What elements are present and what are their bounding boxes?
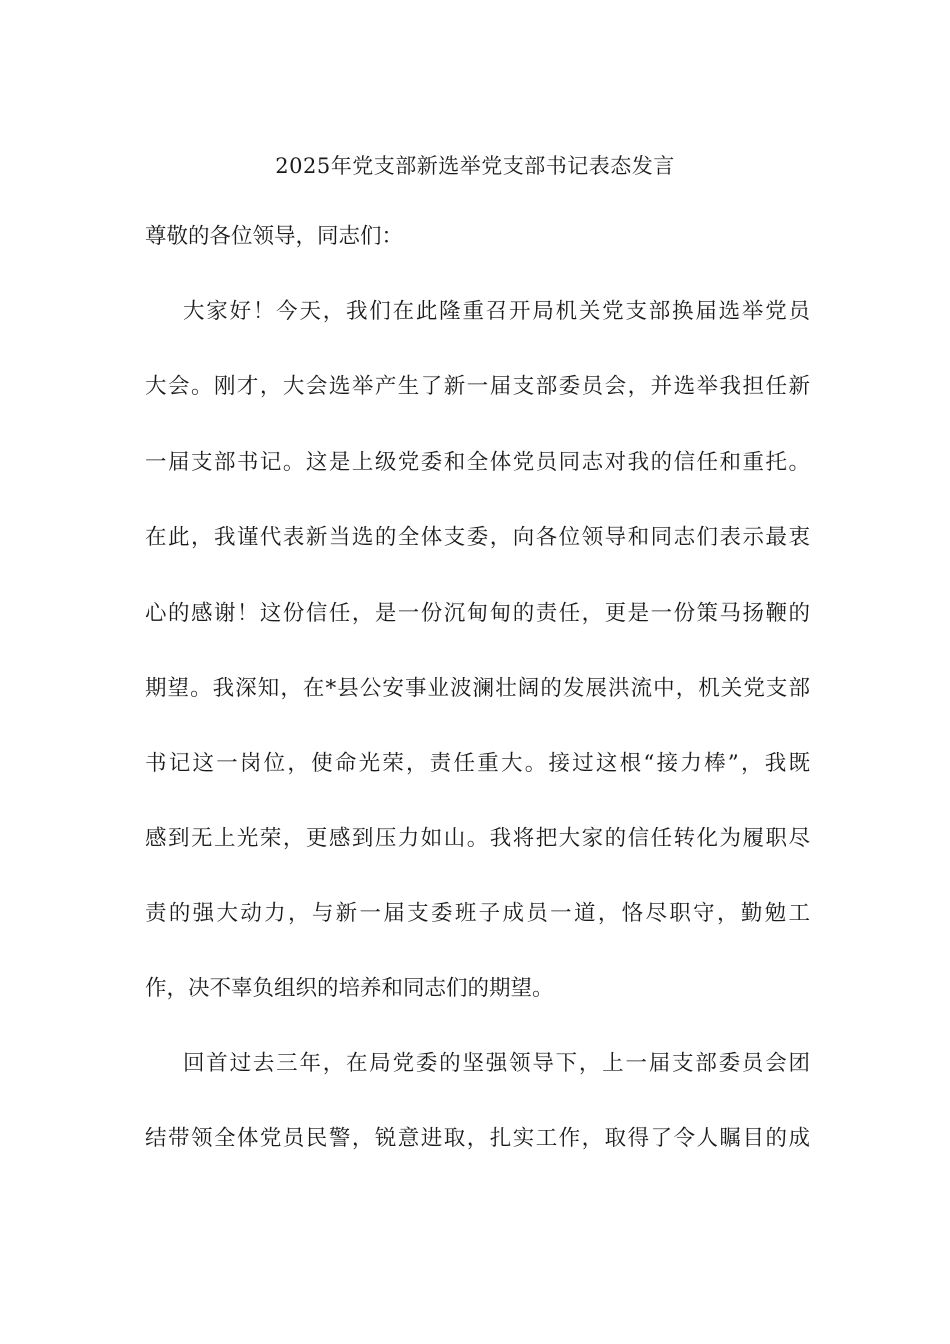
document-page: 2025年党支部新选举党支部书记表态发言 尊敬的各位领导，同志们： 大家好！今天… <box>0 0 950 1344</box>
paragraph-line: 心的感谢！这份信任，是一份沉甸甸的责任，更是一份策马扬鞭的 <box>145 600 810 628</box>
paragraph-line: 作，决不辜负组织的培养和同志们的期望。 <box>145 975 810 1003</box>
paragraph-line: 期望。我深知，在*县公安事业波澜壮阔的发展洪流中，机关党支部 <box>145 675 810 703</box>
paragraph-line: 大会。刚才，大会选举产生了新一届支部委员会，并选举我担任新 <box>145 373 810 401</box>
document-title: 2025年党支部新选举党支部书记表态发言 <box>0 152 950 180</box>
paragraph-line: 责的强大动力，与新一届支委班子成员一道，恪尽职守，勤勉工 <box>145 900 810 928</box>
paragraph-line: 结带领全体党员民警，锐意进取，扎实工作，取得了令人瞩目的成 <box>145 1125 810 1153</box>
paragraph-line: 一届支部书记。这是上级党委和全体党员同志对我的信任和重托。 <box>145 449 810 477</box>
paragraph-line: 在此，我谨代表新当选的全体支委，向各位领导和同志们表示最衷 <box>145 524 810 552</box>
paragraph-line: 回首过去三年，在局党委的坚强领导下，上一届支部委员会团 <box>183 1050 810 1078</box>
salutation: 尊敬的各位领导，同志们： <box>145 223 810 251</box>
paragraph-line: 大家好！今天，我们在此隆重召开局机关党支部换届选举党员 <box>183 298 810 326</box>
paragraph-line: 书记这一岗位，使命光荣，责任重大。接过这根“接力棒”，我既 <box>145 750 810 778</box>
paragraph-line: 感到无上光荣，更感到压力如山。我将把大家的信任转化为履职尽 <box>145 825 810 853</box>
